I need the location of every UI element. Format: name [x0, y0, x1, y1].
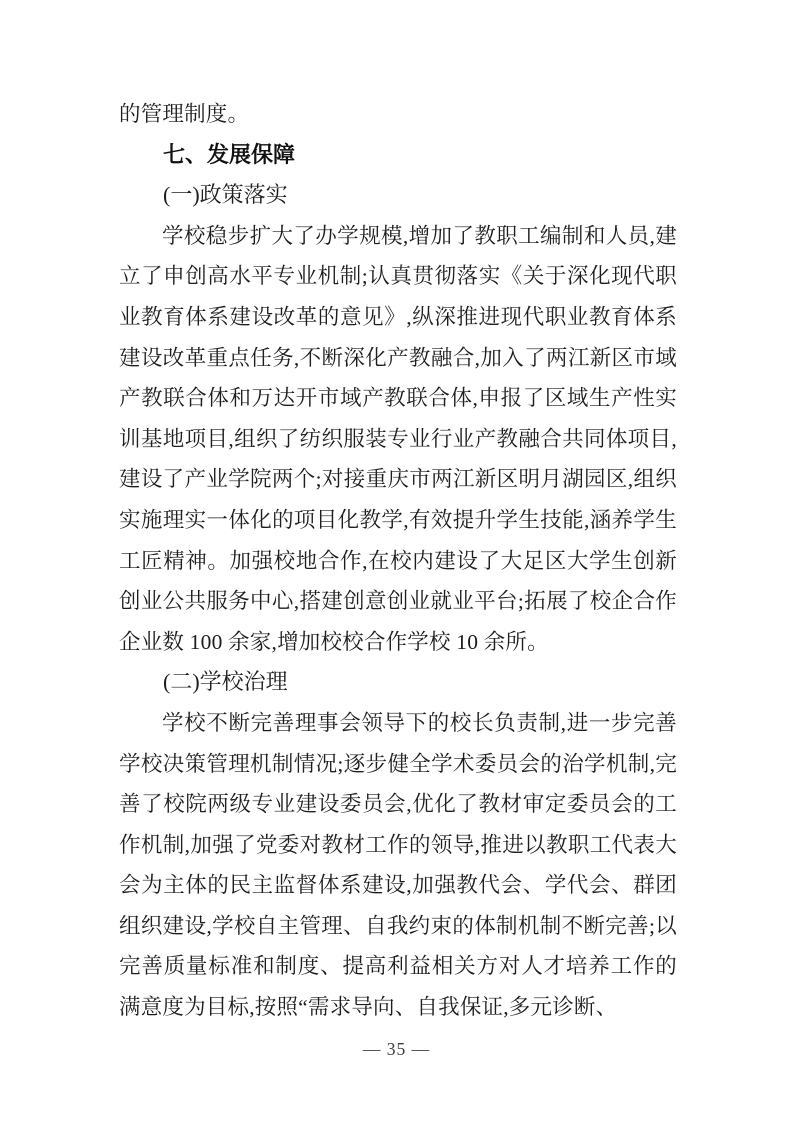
- section-heading-development-guarantee: 七、发展保障: [119, 135, 677, 176]
- document-page: 的管理制度。 七、发展保障 (一)政策落实 学校稳步扩大了办学规模,增加了教职工…: [0, 0, 793, 1122]
- paragraph-school-governance: 学校不断完善理事会领导下的校长负责制,进一步完善学校决策管理机制情况;逐步健全学…: [119, 703, 677, 1028]
- document-body: 的管理制度。 七、发展保障 (一)政策落实 学校稳步扩大了办学规模,增加了教职工…: [119, 94, 677, 1028]
- paragraph-policy-implementation: 学校稳步扩大了办学规模,增加了教职工编制和人员,建立了申创高水平专业机制;认真贯…: [119, 216, 677, 663]
- subsection-heading-school-governance: (二)学校治理: [119, 662, 677, 703]
- subsection-heading-policy-implementation: (一)政策落实: [119, 175, 677, 216]
- paragraph-continuation: 的管理制度。: [119, 94, 677, 135]
- page-number: — 35 —: [0, 1036, 793, 1062]
